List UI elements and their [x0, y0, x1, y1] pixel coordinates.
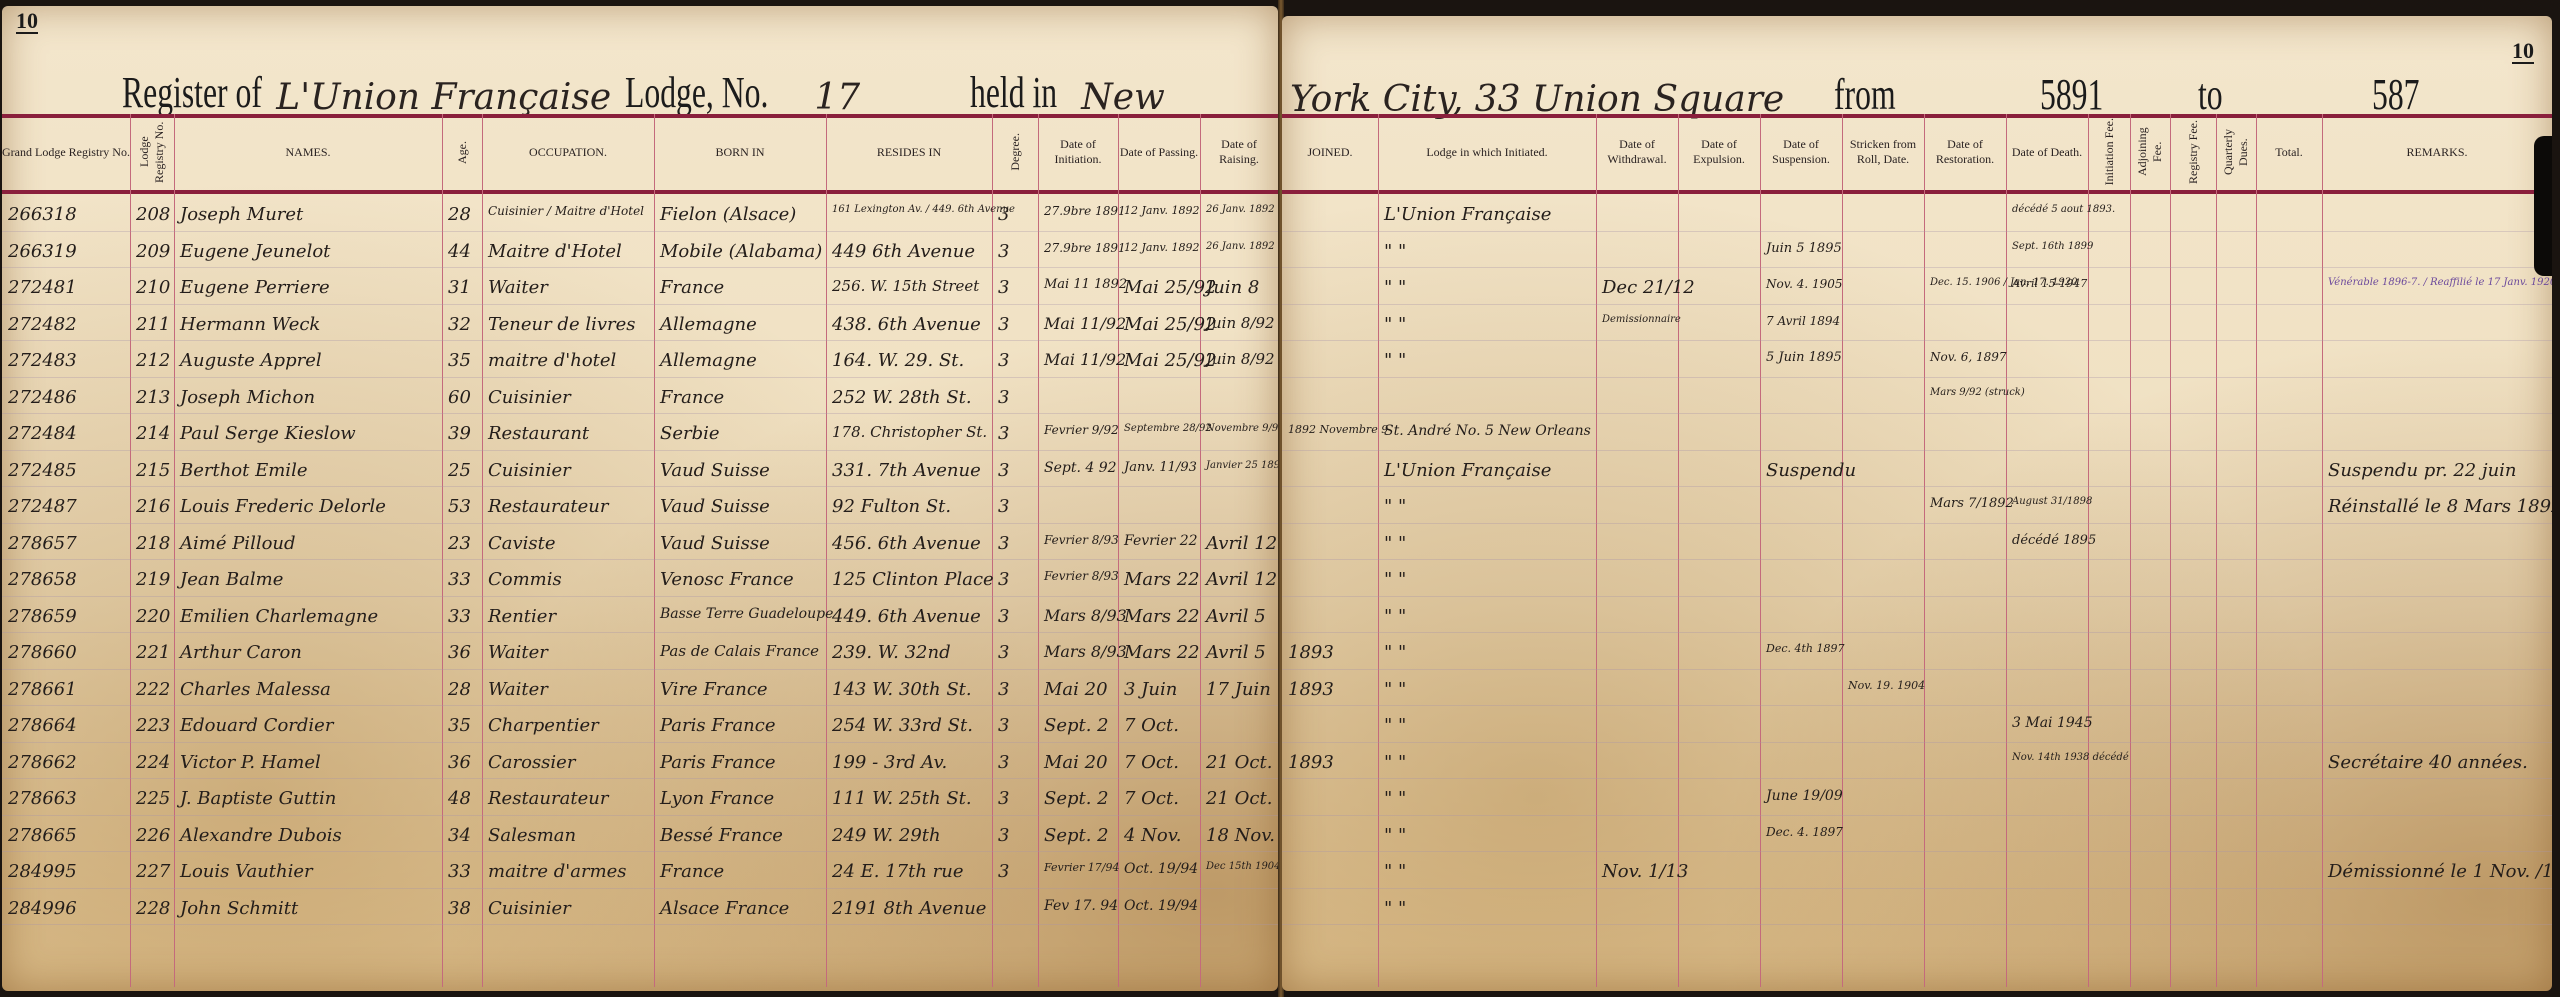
cell-gl: 272484 — [8, 423, 77, 444]
cell-lodge: L'Union Française — [1384, 204, 1551, 225]
column-header-lodge-in-which-initiated: Lodge in which Initiated. — [1378, 118, 1596, 186]
cell-age: 35 — [448, 350, 471, 371]
cell-degree: 3 — [998, 679, 1009, 700]
column-header-date-of-raising: Date of Raising. — [1200, 118, 1278, 186]
cell-age: 33 — [448, 606, 471, 627]
cell-born: Vaud Suisse — [660, 496, 770, 517]
cell-age: 34 — [448, 825, 471, 846]
cell-name: Aimé Pilloud — [180, 533, 296, 554]
cell-initiation: Sept. 4 92 — [1044, 460, 1117, 476]
cell-resides: 92 Fulton St. — [832, 496, 951, 517]
cell-gl: 278663 — [8, 788, 77, 809]
cell-withdrawal: Nov. 1/13 — [1602, 861, 1688, 882]
cell-gl: 272481 — [8, 277, 77, 298]
column-divider — [654, 114, 655, 987]
cell-resides: 161 Lexington Av. / 449. 6th Avenue — [832, 204, 1015, 215]
cell-degree: 3 — [998, 788, 1009, 809]
row-rule — [1282, 559, 2552, 560]
header-rule-bottom — [2, 190, 1278, 194]
cell-gl: 278664 — [8, 715, 77, 736]
cell-suspension: Dec. 4th 1897 — [1766, 642, 1844, 655]
cell-degree: 3 — [998, 569, 1009, 590]
row-rule — [2, 888, 1278, 889]
cell-gl: 272486 — [8, 387, 77, 408]
cell-lodge: " " — [1384, 898, 1406, 919]
cell-resides: 456. 6th Avenue — [832, 533, 981, 554]
row-rule — [1282, 304, 2552, 305]
column-header-remarks: REMARKS. — [2322, 118, 2552, 186]
cell-lodge: " " — [1384, 861, 1406, 882]
cell-occupation: Waiter — [488, 679, 548, 700]
cell-raising: Juin 8 — [1206, 277, 1259, 298]
row-rule — [1282, 705, 2552, 706]
row-rule — [2, 231, 1278, 232]
cell-lr: 227 — [136, 861, 170, 882]
cell-resides: 111 W. 25th St. — [832, 788, 972, 809]
column-header-label: Age. — [455, 141, 470, 164]
cell-age: 36 — [448, 642, 471, 663]
title-from: from — [1834, 69, 1896, 120]
cell-initiation: Sept. 2 — [1044, 788, 1109, 809]
cell-name: Eugene Perriere — [180, 277, 330, 298]
cell-name: Victor P. Hamel — [180, 752, 321, 773]
cell-raising: Avril 12 — [1206, 533, 1277, 554]
cell-born: Venosc France — [660, 569, 794, 590]
column-header-date-of-initiation: Date of Initiation. — [1038, 118, 1118, 186]
column-header-lodge-registry-no: Lodge Registry No. — [130, 118, 174, 186]
cell-born: Lyon France — [660, 788, 774, 809]
cell-lodge: " " — [1384, 752, 1406, 773]
cell-occupation: Waiter — [488, 277, 548, 298]
cell-gl: 266318 — [8, 204, 77, 225]
cell-lodge: " " — [1384, 533, 1406, 554]
cell-lodge: " " — [1384, 679, 1406, 700]
column-header-stricken-from-roll: Stricken from Roll, Date. — [1842, 118, 1924, 186]
column-header-label: Date of Raising. — [1200, 137, 1278, 167]
cell-lr: 221 — [136, 642, 170, 663]
cell-initiation: Mars 8/93 — [1044, 606, 1127, 625]
cell-age: 28 — [448, 204, 471, 225]
cell-name: Paul Serge Kieslow — [180, 423, 356, 444]
cell-occupation: Rentier — [488, 606, 556, 627]
right-page-number: 10 — [2512, 40, 2534, 64]
row-rule — [1282, 413, 2552, 414]
cell-gl: 278660 — [8, 642, 77, 663]
cell-born: Serbie — [660, 423, 720, 444]
cell-joined: 1893 — [1288, 679, 1334, 700]
cell-degree: 3 — [998, 752, 1009, 773]
cell-name: Louis Frederic Delorle — [180, 496, 386, 517]
cell-passing: Oct. 19/94 — [1124, 861, 1198, 877]
column-divider — [1378, 114, 1379, 987]
column-header-label: Date of Withdrawal. — [1596, 137, 1678, 167]
cell-passing: Mars 22 — [1124, 569, 1200, 590]
cell-occupation: Caviste — [488, 533, 556, 554]
cell-resides: 449 6th Avenue — [832, 241, 975, 262]
title-from-number: 5891 — [2040, 69, 2103, 120]
column-divider — [2170, 114, 2171, 987]
cell-lr: 224 — [136, 752, 170, 773]
cell-death: Nov. 14th 1938 décédé — [2012, 752, 2129, 763]
column-header-degree: Degree. — [992, 118, 1038, 186]
row-rule — [2, 413, 1278, 414]
cell-passing: Mai 25/92 — [1124, 314, 1217, 335]
row-rule — [2, 924, 1278, 925]
column-header-registry-fee: Registry Fee. — [2170, 118, 2216, 186]
column-header-initiation-fee: Initiation Fee. — [2088, 118, 2130, 186]
cell-passing: Mars 22 — [1124, 606, 1200, 627]
left-page-number: 10 — [16, 10, 38, 34]
cell-suspension: Nov. 4. 1905 — [1766, 277, 1843, 291]
cell-occupation: maitre d'armes — [488, 861, 627, 882]
cell-passing: 3 Juin — [1124, 679, 1177, 700]
cell-name: Emilien Charlemagne — [180, 606, 378, 627]
cell-name: John Schmitt — [180, 898, 298, 919]
cell-occupation: Cuisinier — [488, 898, 571, 919]
cell-age: 39 — [448, 423, 471, 444]
cell-resides: 256. W. 15th Street — [832, 277, 979, 295]
cell-resides: 438. 6th Avenue — [832, 314, 981, 335]
cell-passing: 12 Janv. 1892 — [1124, 204, 1199, 217]
cell-occupation: Commis — [488, 569, 562, 590]
cell-raising: 17 Juin — [1206, 679, 1271, 700]
column-header-date-of-death: Date of Death. — [2006, 118, 2088, 186]
cell-name: Alexandre Dubois — [180, 825, 342, 846]
cell-passing: Septembre 28/92 — [1124, 423, 1212, 434]
column-divider — [1200, 114, 1201, 987]
column-header-label: OCCUPATION. — [529, 145, 607, 160]
column-header-born-in: BORN IN — [654, 118, 826, 186]
cell-resides: 199 - 3rd Av. — [832, 752, 947, 773]
row-rule — [1282, 669, 2552, 670]
cell-lodge: " " — [1384, 715, 1406, 736]
title-to-number: 587 — [2372, 69, 2420, 120]
column-divider — [2216, 114, 2217, 987]
cell-age: 31 — [448, 277, 471, 298]
row-rule — [1282, 450, 2552, 451]
cell-raising: 18 Nov. — [1206, 825, 1275, 846]
cell-joined: 1893 — [1288, 752, 1334, 773]
cell-age: 44 — [448, 241, 471, 262]
title-held-in: held in — [970, 67, 1057, 118]
column-header-joined: JOINED. — [1282, 118, 1378, 186]
cell-initiation: Fev 17. 94 — [1044, 898, 1118, 914]
cell-occupation: Charpentier — [488, 715, 599, 736]
cell-occupation: Teneur de livres — [488, 314, 636, 335]
cell-joined: 1892 Novembre 9 — [1288, 423, 1388, 436]
register-book: 10 Register of L'Union Française Lodge, … — [0, 0, 2560, 997]
cell-resides: 331. 7th Avenue — [832, 460, 981, 481]
cell-degree: 3 — [998, 314, 1009, 335]
cell-age: 32 — [448, 314, 471, 335]
cell-name: Hermann Weck — [180, 314, 320, 335]
column-divider — [2006, 114, 2007, 987]
cell-resides: 252 W. 28th St. — [832, 387, 972, 408]
cell-lr: 228 — [136, 898, 170, 919]
cell-born: Allemagne — [660, 350, 757, 371]
cell-born: Vire France — [660, 679, 768, 700]
cell-age: 23 — [448, 533, 471, 554]
column-header-grand-lodge-registry-no: Grand Lodge Registry No. — [2, 118, 130, 186]
cell-initiation: 27.9bre 1891 — [1044, 241, 1126, 255]
cell-initiation: Mai 11/92 — [1044, 314, 1126, 333]
column-header-label: BORN IN — [715, 145, 764, 160]
cell-name: J. Baptiste Guttin — [180, 788, 336, 809]
column-divider — [1038, 114, 1039, 987]
cell-degree: 3 — [998, 642, 1009, 663]
column-header-label: Total. — [2275, 145, 2303, 160]
cell-restoration: Mars 9/92 (struck) — [1930, 387, 2025, 398]
cell-resides: 24 E. 17th rue — [832, 861, 964, 882]
cell-initiation: Sept. 2 — [1044, 715, 1109, 736]
cell-age: 53 — [448, 496, 471, 517]
cell-suspension: June 19/09 — [1766, 788, 1843, 804]
cell-lodge: " " — [1384, 241, 1406, 262]
column-header-label: RESIDES IN — [877, 145, 941, 160]
cell-born: Basse Terre Guadeloupe — [660, 606, 833, 622]
column-header-adjoining-fee: Adjoining Fee. — [2130, 118, 2170, 186]
cell-suspension: Juin 5 1895 — [1766, 241, 1842, 256]
cell-lr: 211 — [136, 314, 170, 335]
cell-withdrawal: Dec 21/12 — [1602, 277, 1695, 298]
cell-suspension: Dec. 4. 1897 — [1766, 825, 1843, 839]
column-header-label: Adjoining Fee. — [2135, 118, 2165, 186]
row-rule — [2, 632, 1278, 633]
column-divider — [992, 114, 993, 987]
cell-degree: 3 — [998, 606, 1009, 627]
cell-occupation: Restaurateur — [488, 496, 608, 517]
row-rule — [2, 304, 1278, 305]
row-rule — [1282, 267, 2552, 268]
cell-lodge: " " — [1384, 642, 1406, 663]
column-divider — [2256, 114, 2257, 987]
cell-initiation: Mai 20 — [1044, 752, 1108, 773]
cell-name: Eugene Jeunelot — [180, 241, 330, 262]
cell-degree: 3 — [998, 825, 1009, 846]
cell-lr: 208 — [136, 204, 170, 225]
cell-degree: 3 — [998, 861, 1009, 882]
cell-born: France — [660, 387, 724, 408]
column-divider — [174, 114, 175, 987]
column-header-date-of-restoration: Date of Restoration. — [1924, 118, 2006, 186]
cell-born: Vaud Suisse — [660, 460, 770, 481]
cell-initiation: Fevrier 17/94 — [1044, 861, 1120, 874]
cell-suspension: Suspendu — [1766, 460, 1856, 481]
cell-lr: 212 — [136, 350, 170, 371]
register-title: Register of L'Union Française Lodge, No.… — [122, 48, 1165, 118]
column-divider — [826, 114, 827, 987]
row-rule — [1282, 523, 2552, 524]
cell-lr: 209 — [136, 241, 170, 262]
column-header-label: Date of Expulsion. — [1678, 137, 1760, 167]
row-rule — [1282, 231, 2552, 232]
column-divider — [1760, 114, 1761, 987]
cell-raising: Avril 12 — [1206, 569, 1277, 590]
cell-gl: 284996 — [8, 898, 77, 919]
row-rule — [1282, 888, 2552, 889]
column-header-label: Lodge Registry No. — [137, 118, 167, 186]
column-header-label: Quarterly Dues. — [2221, 118, 2251, 186]
cell-occupation: Waiter — [488, 642, 548, 663]
cell-initiation: Fevrier 8/93 — [1044, 569, 1119, 583]
cell-initiation: Fevrier 9/92 — [1044, 423, 1119, 437]
cell-initiation: Fevrier 8/93 — [1044, 533, 1119, 547]
column-header-label: Date of Initiation. — [1038, 137, 1118, 167]
cell-lodge: " " — [1384, 314, 1406, 335]
column-header-date-of-passing: Date of Passing. — [1118, 118, 1200, 186]
cell-gl: 278662 — [8, 752, 77, 773]
cell-raising: 26 Janv. 1892 — [1206, 204, 1275, 215]
cell-gl: 278657 — [8, 533, 77, 554]
cell-initiation: Sept. 2 — [1044, 825, 1109, 846]
cell-born: Mobile (Alabama) — [660, 241, 822, 262]
cell-raising: Dec 15th 1904 — [1206, 861, 1278, 872]
cell-lodge: " " — [1384, 788, 1406, 809]
cell-raising: 21 Oct. — [1206, 788, 1272, 809]
row-rule — [1282, 778, 2552, 779]
cell-age: 35 — [448, 715, 471, 736]
row-rule — [1282, 742, 2552, 743]
cell-lr: 222 — [136, 679, 170, 700]
column-divider — [2322, 114, 2323, 987]
right-page: 10 York City, 33 Union Square from 5891 … — [1282, 16, 2552, 991]
cell-name: Auguste Apprel — [180, 350, 322, 371]
cell-gl: 278659 — [8, 606, 77, 627]
cell-passing: Mai 25/92 — [1124, 277, 1217, 298]
cell-lodge: " " — [1384, 277, 1406, 298]
cell-passing: Janv. 11/93 — [1124, 460, 1197, 475]
cell-resides: 164. W. 29. St. — [832, 350, 964, 371]
row-rule — [2, 267, 1278, 268]
cell-lr: 214 — [136, 423, 170, 444]
cell-passing: 4 Nov. — [1124, 825, 1182, 846]
cell-remarks: Secrétaire 40 années. — [2328, 752, 2528, 773]
cell-gl: 272483 — [8, 350, 77, 371]
cell-name: Arthur Caron — [180, 642, 302, 663]
header-rule-bottom-right — [1282, 190, 2552, 194]
cell-gl: 284995 — [8, 861, 77, 882]
left-page: 10 Register of L'Union Française Lodge, … — [2, 6, 1278, 991]
cell-death: August 31/1898 — [2012, 496, 2092, 507]
cell-death: Sept. 16th 1899 — [2012, 241, 2093, 252]
row-rule — [1282, 377, 2552, 378]
cell-death: décédé 5 aout 1893. — [2012, 204, 2115, 215]
cell-born: Paris France — [660, 715, 776, 736]
cell-passing: Fevrier 22 — [1124, 533, 1198, 549]
column-divider — [1842, 114, 1843, 987]
cell-stricken: Nov. 19. 1904 — [1848, 679, 1925, 692]
row-rule — [1282, 486, 2552, 487]
cell-occupation: Cuisinier / Maitre d'Hotel — [488, 204, 644, 218]
cell-born: Alsace France — [660, 898, 789, 919]
cell-suspension: 5 Juin 1895 — [1766, 350, 1842, 365]
cell-gl: 278658 — [8, 569, 77, 590]
row-rule — [2, 669, 1278, 670]
row-rule — [1282, 340, 2552, 341]
column-header-names: NAMES. — [174, 118, 442, 186]
cell-degree: 3 — [998, 241, 1009, 262]
cell-passing: Oct. 19/94 — [1124, 898, 1198, 914]
cell-lodge: " " — [1384, 569, 1406, 590]
cell-passing: 7 Oct. — [1124, 752, 1179, 773]
cell-degree: 3 — [998, 387, 1009, 408]
cell-resides: 143 W. 30th St. — [832, 679, 972, 700]
cell-lodge: " " — [1384, 350, 1406, 371]
cell-occupation: Maitre d'Hotel — [488, 241, 622, 262]
cell-withdrawal: Demissionnaire — [1602, 314, 1681, 325]
row-rule — [2, 596, 1278, 597]
page-edge-shadow — [2534, 136, 2552, 276]
cell-lodge: " " — [1384, 825, 1406, 846]
cell-resides: 449. 6th Avenue — [832, 606, 981, 627]
row-rule — [2, 742, 1278, 743]
cell-passing: Mai 25/92 — [1124, 350, 1217, 371]
cell-death: décédé 1895 — [2012, 533, 2096, 548]
cell-gl: 272487 — [8, 496, 77, 517]
cell-age: 60 — [448, 387, 471, 408]
cell-age: 33 — [448, 569, 471, 590]
column-divider — [442, 114, 443, 987]
cell-lr: 215 — [136, 460, 170, 481]
cell-death: 3 Mai 1945 — [2012, 715, 2093, 731]
column-header-label: Grand Lodge Registry No. — [2, 145, 130, 160]
cell-resides: 239. W. 32nd — [832, 642, 951, 663]
column-header-label: Registry Fee. — [2186, 120, 2201, 184]
cell-born: Bessé France — [660, 825, 783, 846]
cell-lr: 218 — [136, 533, 170, 554]
cell-born: Vaud Suisse — [660, 533, 770, 554]
row-rule — [2, 559, 1278, 560]
title-lodge-number: 17 — [814, 77, 860, 118]
cell-occupation: Restaurant — [488, 423, 589, 444]
cell-occupation: Salesman — [488, 825, 576, 846]
column-header-label: Date of Death. — [2012, 145, 2082, 160]
cell-occupation: Cuisinier — [488, 387, 571, 408]
cell-degree: 3 — [998, 496, 1009, 517]
cell-name: Charles Malessa — [180, 679, 331, 700]
cell-degree: 3 — [998, 423, 1009, 444]
column-header-date-of-expulsion: Date of Expulsion. — [1678, 118, 1760, 186]
column-divider — [1678, 114, 1679, 987]
cell-raising: Janvier 25 1893 — [1206, 460, 1278, 471]
cell-age: 38 — [448, 898, 471, 919]
cell-initiation: Mai 20 — [1044, 679, 1108, 700]
cell-raising: 21 Oct. — [1206, 752, 1272, 773]
title-lodge-no: Lodge, No. — [625, 67, 768, 118]
cell-resides: 2191 8th Avenue — [832, 898, 986, 919]
cell-raising: Juin 8/92 — [1206, 314, 1275, 332]
cell-initiation: Mars 8/93 — [1044, 642, 1127, 661]
cell-raising: Avril 5 — [1206, 606, 1266, 627]
cell-gl: 272482 — [8, 314, 77, 335]
cell-remarks: Réinstallé le 8 Mars 1892 — [2328, 496, 2552, 517]
row-rule — [1282, 924, 2552, 925]
cell-age: 28 — [448, 679, 471, 700]
column-divider — [1924, 114, 1925, 987]
cell-born: Paris France — [660, 752, 776, 773]
column-header-label: Date of Suspension. — [1760, 137, 1842, 167]
row-rule — [1282, 596, 2552, 597]
cell-gl: 278661 — [8, 679, 77, 700]
title-location-1: New — [1081, 77, 1165, 118]
cell-resides: 249 W. 29th — [832, 825, 941, 846]
column-header-quarterly-dues: Quarterly Dues. — [2216, 118, 2256, 186]
column-header-label: REMARKS. — [2406, 145, 2467, 160]
cell-lodge: L'Union Française — [1384, 460, 1551, 481]
row-rule — [1282, 632, 2552, 633]
cell-death: Avril 15-1947 — [2012, 277, 2087, 290]
cell-lodge: " " — [1384, 496, 1406, 517]
